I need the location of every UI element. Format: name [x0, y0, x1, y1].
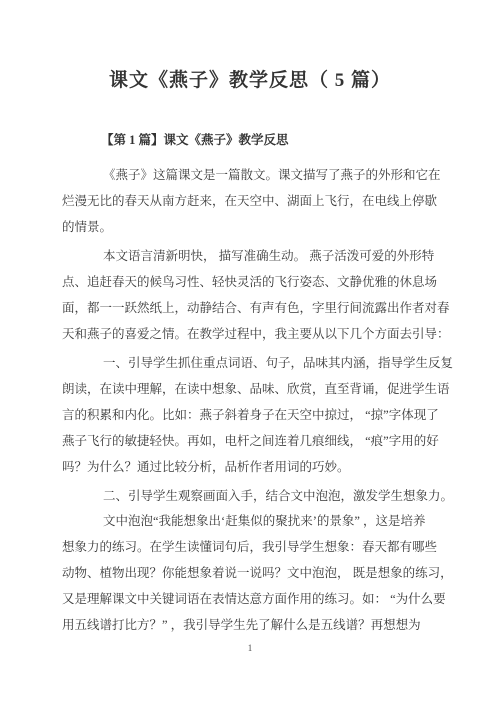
document-title: 课文《燕子》教学反思（ 5 篇） — [0, 0, 500, 92]
text-line: 点、追赶春天的候鸟习性、轻快灵活的飞行姿态、文静优雅的休息场 — [62, 269, 438, 295]
text-line: 用五线谱打比方？” ，我引导学生先了解什么是五线谱？再想想为 — [62, 612, 438, 638]
page-number: 1 — [0, 643, 500, 654]
text-line: 言的积累和内化。比如：燕子斜着身子在天空中掠过， “掠”字体现了 — [62, 402, 438, 428]
text-line: 二、引导学生观察画面入手，结合文中泡泡，激发学生想象力。 — [62, 483, 438, 509]
document-page: 课文《燕子》教学反思（ 5 篇） 【第 1 篇】课文《燕子》教学反思 《燕子》这… — [0, 0, 500, 708]
document-body: 《燕子》这篇课文是一篇散文。课文描写了燕子的外形和它在烂漫无比的春天从南方赶来，… — [62, 162, 438, 638]
text-line: 《燕子》这篇课文是一篇散文。课文描写了燕子的外形和它在 — [62, 162, 438, 188]
text-line: 一、引导学生抓住重点词语、句子，品味其内涵，指导学生反复 — [62, 350, 438, 376]
text-line: 天和燕子的喜爱之情。在教学过程中，我主要从以下几个方面去引导： — [62, 321, 438, 347]
paragraph: 《燕子》这篇课文是一篇散文。课文描写了燕子的外形和它在烂漫无比的春天从南方赶来，… — [62, 162, 438, 240]
text-line: 朗读，在读中理解，在读中想象、品味、欣赏，直至背诵，促进学生语 — [62, 376, 438, 402]
text-line: 本文语言清新明快， 描写准确生动。 燕子活泼可爱的外形特 — [62, 243, 438, 269]
text-line: 面，都一一跃然纸上，动静结合、有声有色，字里行间流露出作者对春 — [62, 295, 438, 321]
paragraph: 二、引导学生观察画面入手，结合文中泡泡，激发学生想象力。 — [62, 483, 438, 509]
text-line: 文中泡泡“我能想象出‘赶集似的聚扰来’的景象” ，这是培养 — [62, 508, 438, 534]
text-line: 的情景。 — [62, 214, 438, 240]
text-line: 吗？为什么？通过比较分析，品析作者用词的巧妙。 — [62, 454, 438, 480]
paragraph: 本文语言清新明快， 描写准确生动。 燕子活泼可爱的外形特点、追赶春天的候鸟习性、… — [62, 243, 438, 347]
paragraph: 一、引导学生抓住重点词语、句子，品味其内涵，指导学生反复朗读，在读中理解，在读中… — [62, 350, 438, 480]
section-heading: 【第 1 篇】课文《燕子》教学反思 — [62, 132, 438, 148]
text-line: 又是理解课文中关键词语在表情达意方面作用的练习。如： “为什么要 — [62, 586, 438, 612]
text-line: 想象力的练习。在学生读懂词句后，我引导学生想象：春天都有哪些 — [62, 534, 438, 560]
text-line: 烂漫无比的春天从南方赶来，在天空中、湖面上飞行，在电线上停歇 — [62, 188, 438, 214]
paragraph: 文中泡泡“我能想象出‘赶集似的聚扰来’的景象” ，这是培养想象力的练习。在学生读… — [62, 508, 438, 638]
text-line: 动物、植物出现？你能想象着说一说吗？文中泡泡， 既是想象的练习， — [62, 560, 438, 586]
text-line: 燕子飞行的敏捷轻快。再如，电杆之间连着几痕细线， “痕”字用的好 — [62, 428, 438, 454]
